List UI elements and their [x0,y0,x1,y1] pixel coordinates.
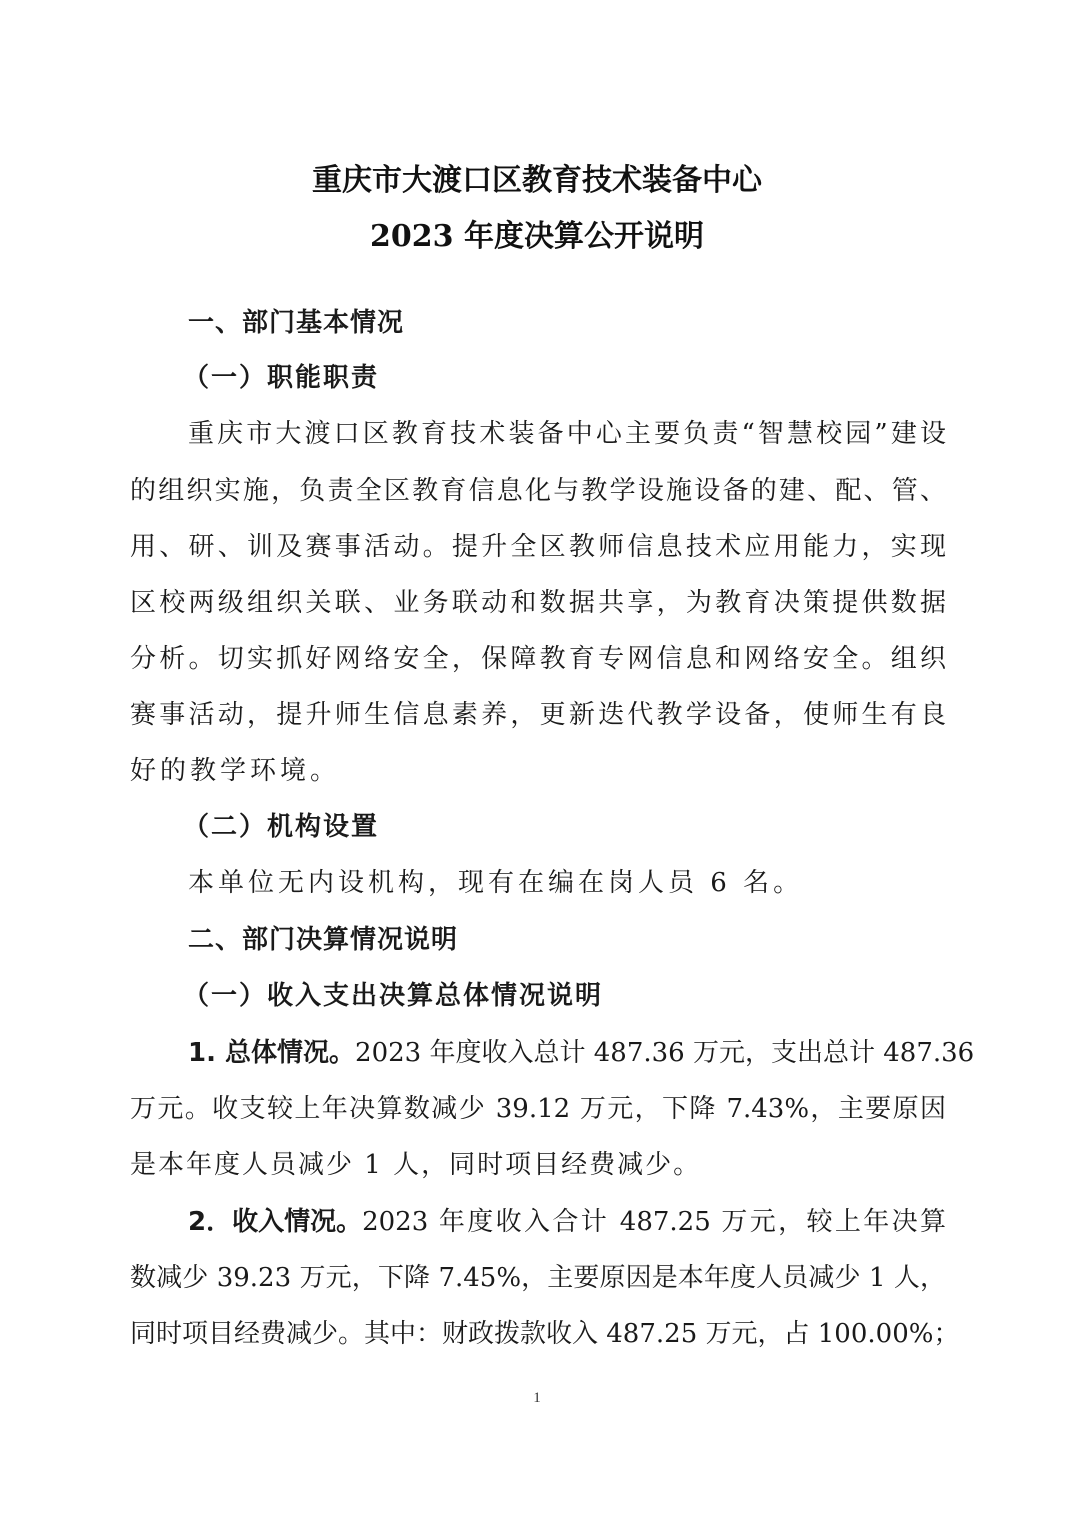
duties-paragraph-line: 赛事活动，提升师生信息素养，更新迭代教学设备，使师生有良 [130,695,946,735]
duties-paragraph-line: 重庆市大渡口区教育技术装备中心主要负责“智慧校园”建设 [188,414,946,454]
subsection-heading-organization: （二）机构设置 [183,807,941,847]
duties-paragraph-line: 分析。切实抓好网络安全，保障教育专网信息和网络安全。组织 [130,639,946,679]
page-number: 1 [0,1390,1074,1407]
income-paragraph-line2: 数减少 39.23 万元，下降 7.45%，主要原因是本年度人员减少 1 人， [130,1258,946,1298]
overall-paragraph-line1: 1. 总体情况。 2023 年度收入总计 487.36 万元，支出总计 487.… [188,1033,946,1073]
overall-paragraph-line3: 是本年度人员减少 1 人，同时项目经费减少。 [130,1145,946,1185]
document-page: 重庆市大渡口区教育技术装备中心 2023 年度决算公开说明 一、部门基本情况 （… [0,0,1074,1520]
document-title-line2: 2023 年度决算公开说明 [0,211,1074,255]
section-heading-final-accounts: 二、部门决算情况说明 [188,920,946,960]
income-lead: 2．收入情况。 [188,1202,362,1242]
income-paragraph-line3: 同时项目经费减少。其中：财政拨款收入 487.25 万元，占 100.00%； [130,1314,946,1354]
overall-line1-text: 2023 年度收入总计 487.36 万元，支出总计 487.36 [355,1033,974,1073]
section-heading-basic-info: 一、部门基本情况 [188,303,946,343]
document-title-line1: 重庆市大渡口区教育技术装备中心 [0,155,1074,199]
income-paragraph-line1: 2．收入情况。 2023 年度收入合计 487.25 万元，较上年决算 [188,1202,946,1242]
subsection-heading-duties: （一）职能职责 [183,358,941,398]
overall-lead: 1. 总体情况。 [188,1033,355,1073]
overall-paragraph-line2: 万元。收支较上年决算数减少 39.12 万元，下降 7.43%，主要原因 [130,1089,946,1129]
duties-paragraph-line: 用、研、训及赛事活动。提升全区教师信息技术应用能力，实现 [130,527,946,567]
duties-paragraph-line: 好的教学环境。 [130,751,946,791]
subsection-heading-income-expenditure: （一）收入支出决算总体情况说明 [183,976,941,1016]
organization-paragraph: 本单位无内设机构，现有在编在岗人员 6 名。 [188,863,946,903]
duties-paragraph-line: 的组织实施，负责全区教育信息化与教学设施设备的建、配、管、 [130,471,946,511]
duties-paragraph-line: 区校两级组织关联、业务联动和数据共享，为教育决策提供数据 [130,583,946,623]
income-line1-text: 2023 年度收入合计 487.25 万元，较上年决算 [362,1202,946,1242]
